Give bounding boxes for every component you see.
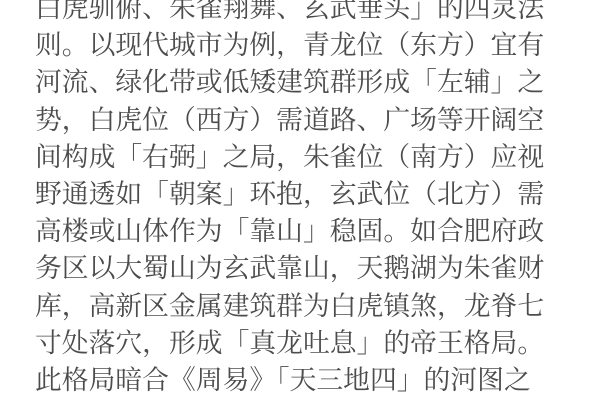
text-line: 河流、绿化带或低矮建筑群形成「左辅」之 (35, 64, 547, 101)
text-line: 务区以大蜀山为玄武靠山，天鹅湖为朱雀财 (35, 250, 547, 287)
text-line: 库，高新区金属建筑群为白虎镇煞，龙脊七 (35, 288, 547, 325)
text-line: 则。以现代城市为例，青龙位（东方）宜有 (35, 27, 547, 64)
text-line: 白虎驯俯、朱雀翔舞、玄武垂头」的四灵法 (35, 0, 547, 27)
text-line: 势，白虎位（西方）需道路、广场等开阔空 (35, 102, 547, 139)
text-line: 寸处落穴，形成「真龙吐息」的帝王格局。 (35, 325, 547, 362)
text-line: 间构成「右弼」之局，朱雀位（南方）应视 (35, 139, 547, 176)
text-line: 野通透如「朝案」环抱，玄武位（北方）需 (35, 176, 547, 213)
text-line: 此格局暗合《周易》「天三地四」的河图之 (35, 362, 547, 399)
text-line: 高楼或山体作为「靠山」稳固。如合肥府政 (35, 213, 547, 250)
article-text-block: 白虎驯俯、朱雀翔舞、玄武垂头」的四灵法 则。以现代城市为例，青龙位（东方）宜有 … (35, 0, 547, 399)
